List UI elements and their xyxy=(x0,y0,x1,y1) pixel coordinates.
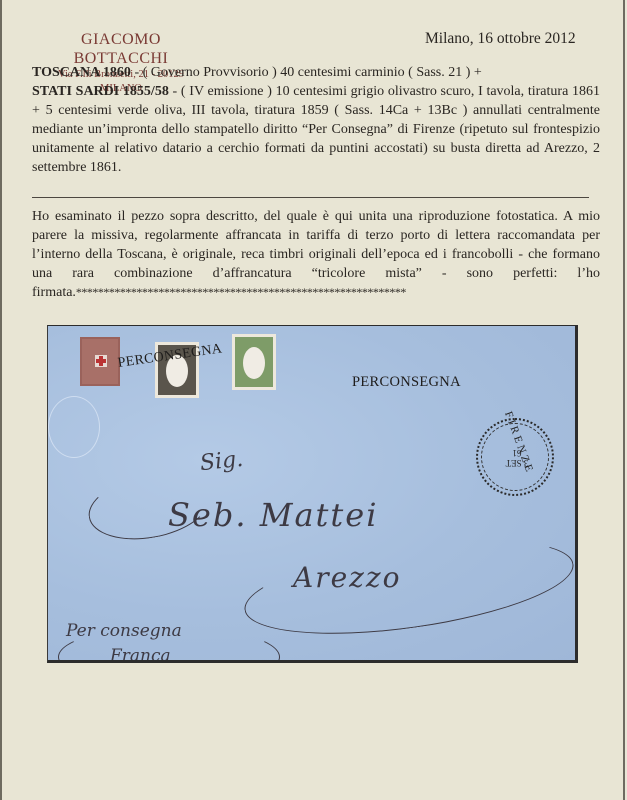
handwritten-city: Arezzo xyxy=(293,561,402,594)
desc-toscana-title: TOSCANA 1860 xyxy=(32,65,131,80)
handwritten-addressee: Seb. Mattei xyxy=(168,496,378,534)
envelope-image: PERCONSEGNA PERCONSEGNA FIRENZE 3 SET 61… xyxy=(47,325,578,663)
postmark-per-consegna: PERCONSEGNA xyxy=(352,374,461,391)
embossed-seal xyxy=(48,396,100,458)
flourish xyxy=(239,523,578,650)
certificate-stars: ****************************************… xyxy=(76,285,406,299)
circular-date-stamp: FIRENZE 3 SET 61 xyxy=(476,418,554,496)
item-description: TOSCANA 1860 - ( Governo Provvisorio ) 4… xyxy=(32,63,600,177)
savoy-cross-icon xyxy=(95,355,107,367)
handwritten-note-line2: Franca xyxy=(110,646,171,663)
stamp-sardi-5c xyxy=(232,334,276,390)
desc-sardi-title: STATI SARDI 1855/58 xyxy=(32,84,169,99)
section-divider xyxy=(32,197,589,198)
handwritten-note-line1: Per consegna xyxy=(66,621,182,641)
certificate-page: GIACOMO BOTTACCHI Via F.lli Bronzetti, 2… xyxy=(0,0,625,800)
desc-toscana-text: - ( Governo Provvisorio ) 40 centesimi c… xyxy=(131,65,482,80)
certificate-date: Milano, 16 ottobre 2012 xyxy=(425,30,576,48)
cds-date: 3 SET 61 xyxy=(503,448,531,468)
cameo-oval xyxy=(243,347,265,379)
stamp-toscana-40c xyxy=(80,337,120,386)
handwritten-salutation: Sig. xyxy=(199,447,245,476)
certificate-statement: Ho esaminato il pezzo sopra descritto, d… xyxy=(32,207,600,302)
